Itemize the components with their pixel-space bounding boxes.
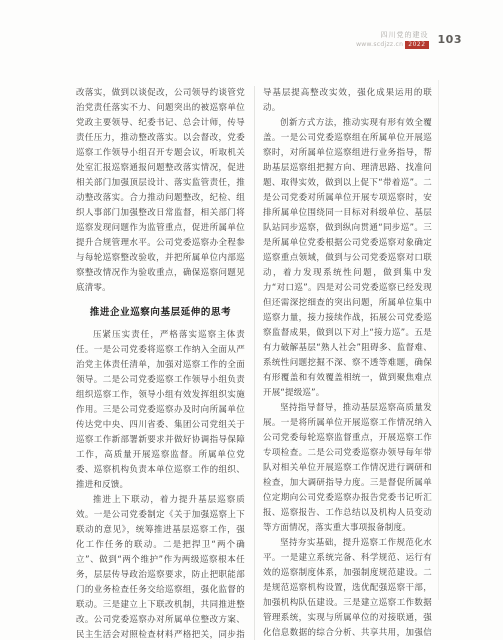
continuation-paragraph: 改落实，做到以谈促改，公司领导约谈管党治党责任落实不力、问题突出的被巡察单位党政…: [76, 86, 245, 296]
page-number: 103: [438, 33, 462, 46]
page-header: 四川党的建设 www.scdjzz.cn 2022 103: [356, 31, 462, 49]
section-heading: 推进企业巡察向基层延伸的思考: [76, 305, 245, 320]
article-paragraph: 坚持指导督导，推动基层巡察高质量发展。一是将所属单位开展巡察工作情况纳入公司党委…: [263, 401, 432, 536]
page-edge-shadow: [438, 80, 439, 600]
article-paragraph: 压紧压实责任，严格落实巡察主体责任。一是公司党委将巡察工作纳入全面从严治党主体责…: [76, 328, 245, 493]
article-body: 改落实，做到以谈促改，公司领导约谈管党治党责任落实不力、问题突出的被巡察单位党政…: [76, 86, 432, 640]
journal-name: 四川党的建设: [356, 31, 428, 40]
journal-info-line: www.scdjzz.cn 2022: [356, 41, 428, 49]
journal-url: www.scdjzz.cn: [356, 41, 403, 49]
magazine-page: 四川党的建设 www.scdjzz.cn 2022 103 改落实，做到以谈促改…: [0, 0, 503, 640]
issue-badge: 2022: [405, 41, 428, 49]
article-paragraph: 创新方式方法，推动实现有形有效全覆盖。一是公司党委巡察组在所属单位开展巡察时，对…: [263, 116, 432, 401]
journal-block: 四川党的建设 www.scdjzz.cn 2022: [356, 31, 428, 49]
